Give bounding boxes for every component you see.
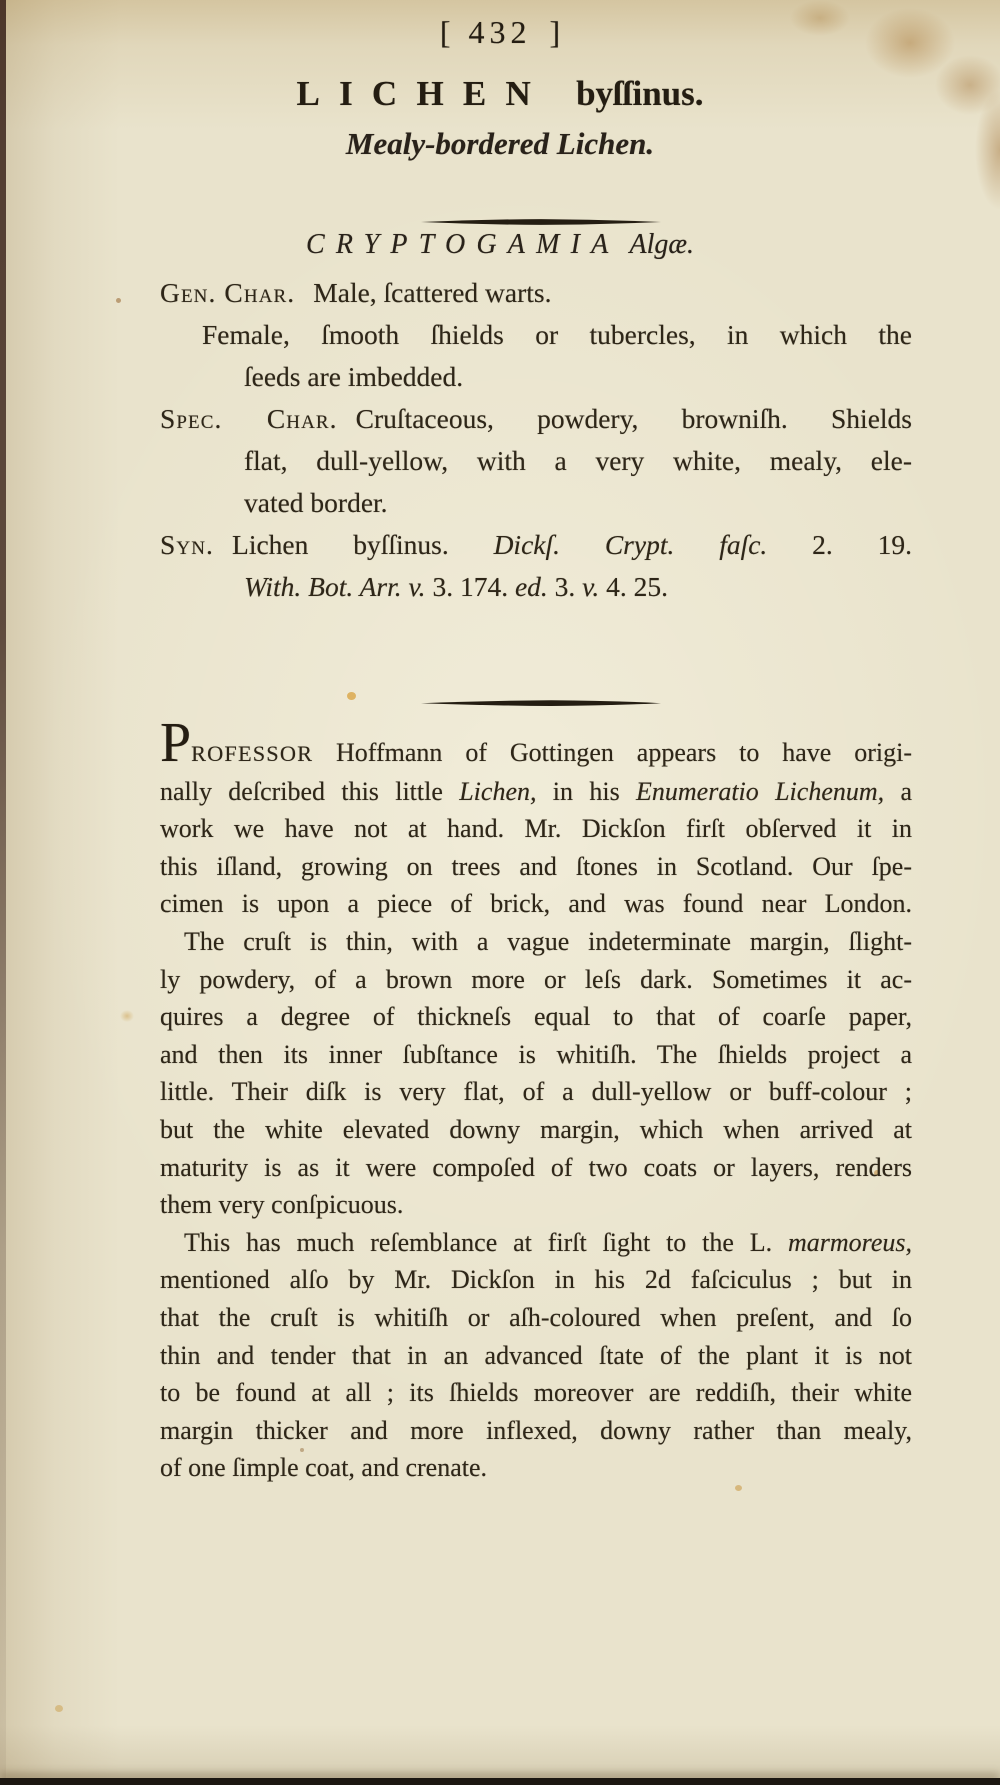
- taxonomy-section: Gen. Char.Male, ſcattered warts.Female, …: [160, 272, 912, 608]
- text-segment: but the white elevated downy margin, whi…: [160, 1115, 912, 1144]
- text-line: Female, ſmooth ſhields or tubercles, in …: [160, 314, 912, 356]
- text-segment: Hoffmann of Gottingen appears to have or…: [313, 738, 912, 767]
- text-line: thin and tender that in an advanced ſtat…: [160, 1337, 912, 1375]
- species-title: LICHENbyſſinus.: [0, 74, 1000, 114]
- text-line: ly powdery, of a brown more or leſs dark…: [160, 961, 912, 999]
- swelled-rule-icon: [421, 218, 661, 226]
- common-name-subtitle: Mealy-bordered Lichen.: [0, 126, 1000, 162]
- paper-speck: [347, 692, 356, 700]
- text-line: CRYPTOGAMIAAlgæ.: [0, 229, 1000, 261]
- text-line: of one ſimple coat, and crenate.: [160, 1449, 912, 1487]
- text-line: to be found at all ; its ſhields moreove…: [160, 1374, 912, 1412]
- text-segment: 3. 174.: [426, 571, 515, 602]
- text-segment: Spec. Char.: [160, 403, 338, 434]
- text-segment: quires a degree of thickneſs equal to th…: [160, 1002, 912, 1031]
- text-segment: Dickſ. Crypt. faſc.: [494, 529, 768, 560]
- text-segment: that the cruſt is whitiſh or aſh-coloure…: [160, 1303, 912, 1332]
- swelled-rule-divider-top: [421, 218, 661, 226]
- text-segment: this iſland, growing on trees and ſtones…: [160, 852, 912, 881]
- text-segment: With. Bot. Arr. v.: [244, 571, 426, 602]
- text-segment: 2. 19.: [767, 529, 912, 560]
- text-segment: a: [884, 777, 912, 806]
- genus-name: LICHEN: [296, 74, 550, 113]
- text-segment: Syn.: [160, 529, 214, 560]
- text-line: flat, dull-yellow, with a very white, me…: [160, 440, 912, 482]
- page-edge-bottom: [0, 1778, 1000, 1785]
- text-segment: in his: [536, 777, 636, 806]
- text-segment: margin thicker and more inflexed, downy …: [160, 1416, 912, 1445]
- text-line: but the white elevated downy margin, whi…: [160, 1111, 912, 1149]
- text-segment: 4. 25.: [599, 571, 668, 602]
- text-line: With. Bot. Arr. v. 3. 174. ed. 3. v. 4. …: [160, 566, 912, 608]
- text-line: little. Their diſk is very flat, of a du…: [160, 1073, 912, 1111]
- text-line: PROFESSOR Hoffmann of Gottingen appears …: [160, 734, 912, 773]
- text-segment: CRYPTOGAMIA: [306, 229, 620, 260]
- text-line: vated border.: [160, 482, 912, 524]
- text-segment: Enumeratio Lichenum,: [636, 777, 884, 806]
- text-segment: v.: [582, 571, 599, 602]
- text-segment: ed.: [515, 571, 548, 602]
- paper-speck: [55, 1705, 63, 1712]
- classification-heading: CRYPTOGAMIAAlgæ.: [0, 229, 1000, 261]
- text-line: this iſland, growing on trees and ſtones…: [160, 848, 912, 886]
- text-segment: of one ſimple coat, and crenate.: [160, 1453, 487, 1482]
- text-segment: Gen. Char.: [160, 277, 295, 308]
- text-segment: ly powdery, of a brown more or leſs dark…: [160, 965, 912, 994]
- text-line: quires a degree of thickneſs equal to th…: [160, 998, 912, 1036]
- text-segment: cimen is upon a piece of brick, and was …: [160, 889, 912, 918]
- description-section: PROFESSOR Hoffmann of Gottingen appears …: [160, 734, 912, 1487]
- text-segment: maturity is as it were compoſed of two c…: [160, 1153, 912, 1182]
- text-segment: Cruſtaceous, powdery, browniſh. Shields: [356, 403, 912, 434]
- text-line: nally deſcribed this little Lichen, in h…: [160, 773, 912, 811]
- text-segment: to be found at all ; its ſhields moreove…: [160, 1378, 912, 1407]
- text-segment: This has much reſemblance at firſt ſight…: [184, 1228, 788, 1257]
- text-line: maturity is as it were compoſed of two c…: [160, 1149, 912, 1187]
- bracket-right: ]: [550, 14, 561, 50]
- text-line: The cruſt is thin, with a vague indeterm…: [160, 923, 912, 961]
- text-segment: Female, ſmooth ſhields or tubercles, in …: [202, 319, 912, 350]
- text-segment: Lichen byſſinus.: [232, 529, 494, 560]
- text-segment: flat, dull-yellow, with a very white, me…: [244, 445, 912, 476]
- bracket-left: [: [440, 14, 451, 50]
- page-scan: [432] LICHENbyſſinus. Mealy-bordered Lic…: [0, 0, 1000, 1785]
- text-line: margin thicker and more inflexed, downy …: [160, 1412, 912, 1450]
- page-edge-shadow-left: [0, 0, 6, 1785]
- text-line: This has much reſemblance at firſt ſight…: [160, 1224, 912, 1262]
- text-line: work we have not at hand. Mr. Dickſon fi…: [160, 810, 912, 848]
- page-number-header: [432]: [0, 14, 1000, 51]
- text-line: them very conſpicuous.: [160, 1186, 912, 1224]
- page-number: 432: [469, 14, 532, 50]
- text-segment: ROFESSOR: [191, 741, 313, 766]
- swelled-rule-icon: [421, 699, 661, 707]
- text-segment: vated border.: [244, 487, 388, 518]
- text-segment: them very conſpicuous.: [160, 1190, 403, 1219]
- text-segment: marmoreus,: [788, 1228, 912, 1257]
- text-segment: little. Their diſk is very flat, of a du…: [160, 1077, 912, 1106]
- text-line: ſeeds are imbedded.: [160, 356, 912, 398]
- text-line: Gen. Char.Male, ſcattered warts.: [160, 272, 912, 314]
- text-line: mentioned alſo by Mr. Dickſon in his 2d …: [160, 1261, 912, 1299]
- text-segment: work we have not at hand. Mr. Dickſon fi…: [160, 814, 912, 843]
- text-segment: ſeeds are imbedded.: [244, 361, 463, 392]
- text-line: Spec. Char.Cruſtaceous, powdery, browniſ…: [160, 398, 912, 440]
- swelled-rule-divider-middle: [421, 699, 661, 707]
- text-line: that the cruſt is whitiſh or aſh-coloure…: [160, 1299, 912, 1337]
- species-epithet: byſſinus.: [576, 74, 703, 113]
- text-segment: thin and tender that in an advanced ſtat…: [160, 1341, 912, 1370]
- text-segment: mentioned alſo by Mr. Dickſon in his 2d …: [160, 1265, 912, 1294]
- text-segment: and then its inner ſubſtance is whitiſh.…: [160, 1040, 912, 1069]
- text-segment: Algæ.: [629, 229, 694, 260]
- paper-speck: [120, 1010, 134, 1022]
- text-segment: P: [160, 712, 191, 774]
- text-segment: The cruſt is thin, with a vague indeterm…: [184, 927, 912, 956]
- text-line: Syn.Lichen byſſinus. Dickſ. Crypt. faſc.…: [160, 524, 912, 566]
- text-segment: Lichen,: [459, 777, 536, 806]
- text-segment: Male, ſcattered warts.: [313, 277, 551, 308]
- text-segment: 3.: [548, 571, 582, 602]
- paper-speck: [116, 298, 121, 303]
- text-segment: nally deſcribed this little: [160, 777, 459, 806]
- text-line: cimen is upon a piece of brick, and was …: [160, 885, 912, 923]
- text-line: and then its inner ſubſtance is whitiſh.…: [160, 1036, 912, 1074]
